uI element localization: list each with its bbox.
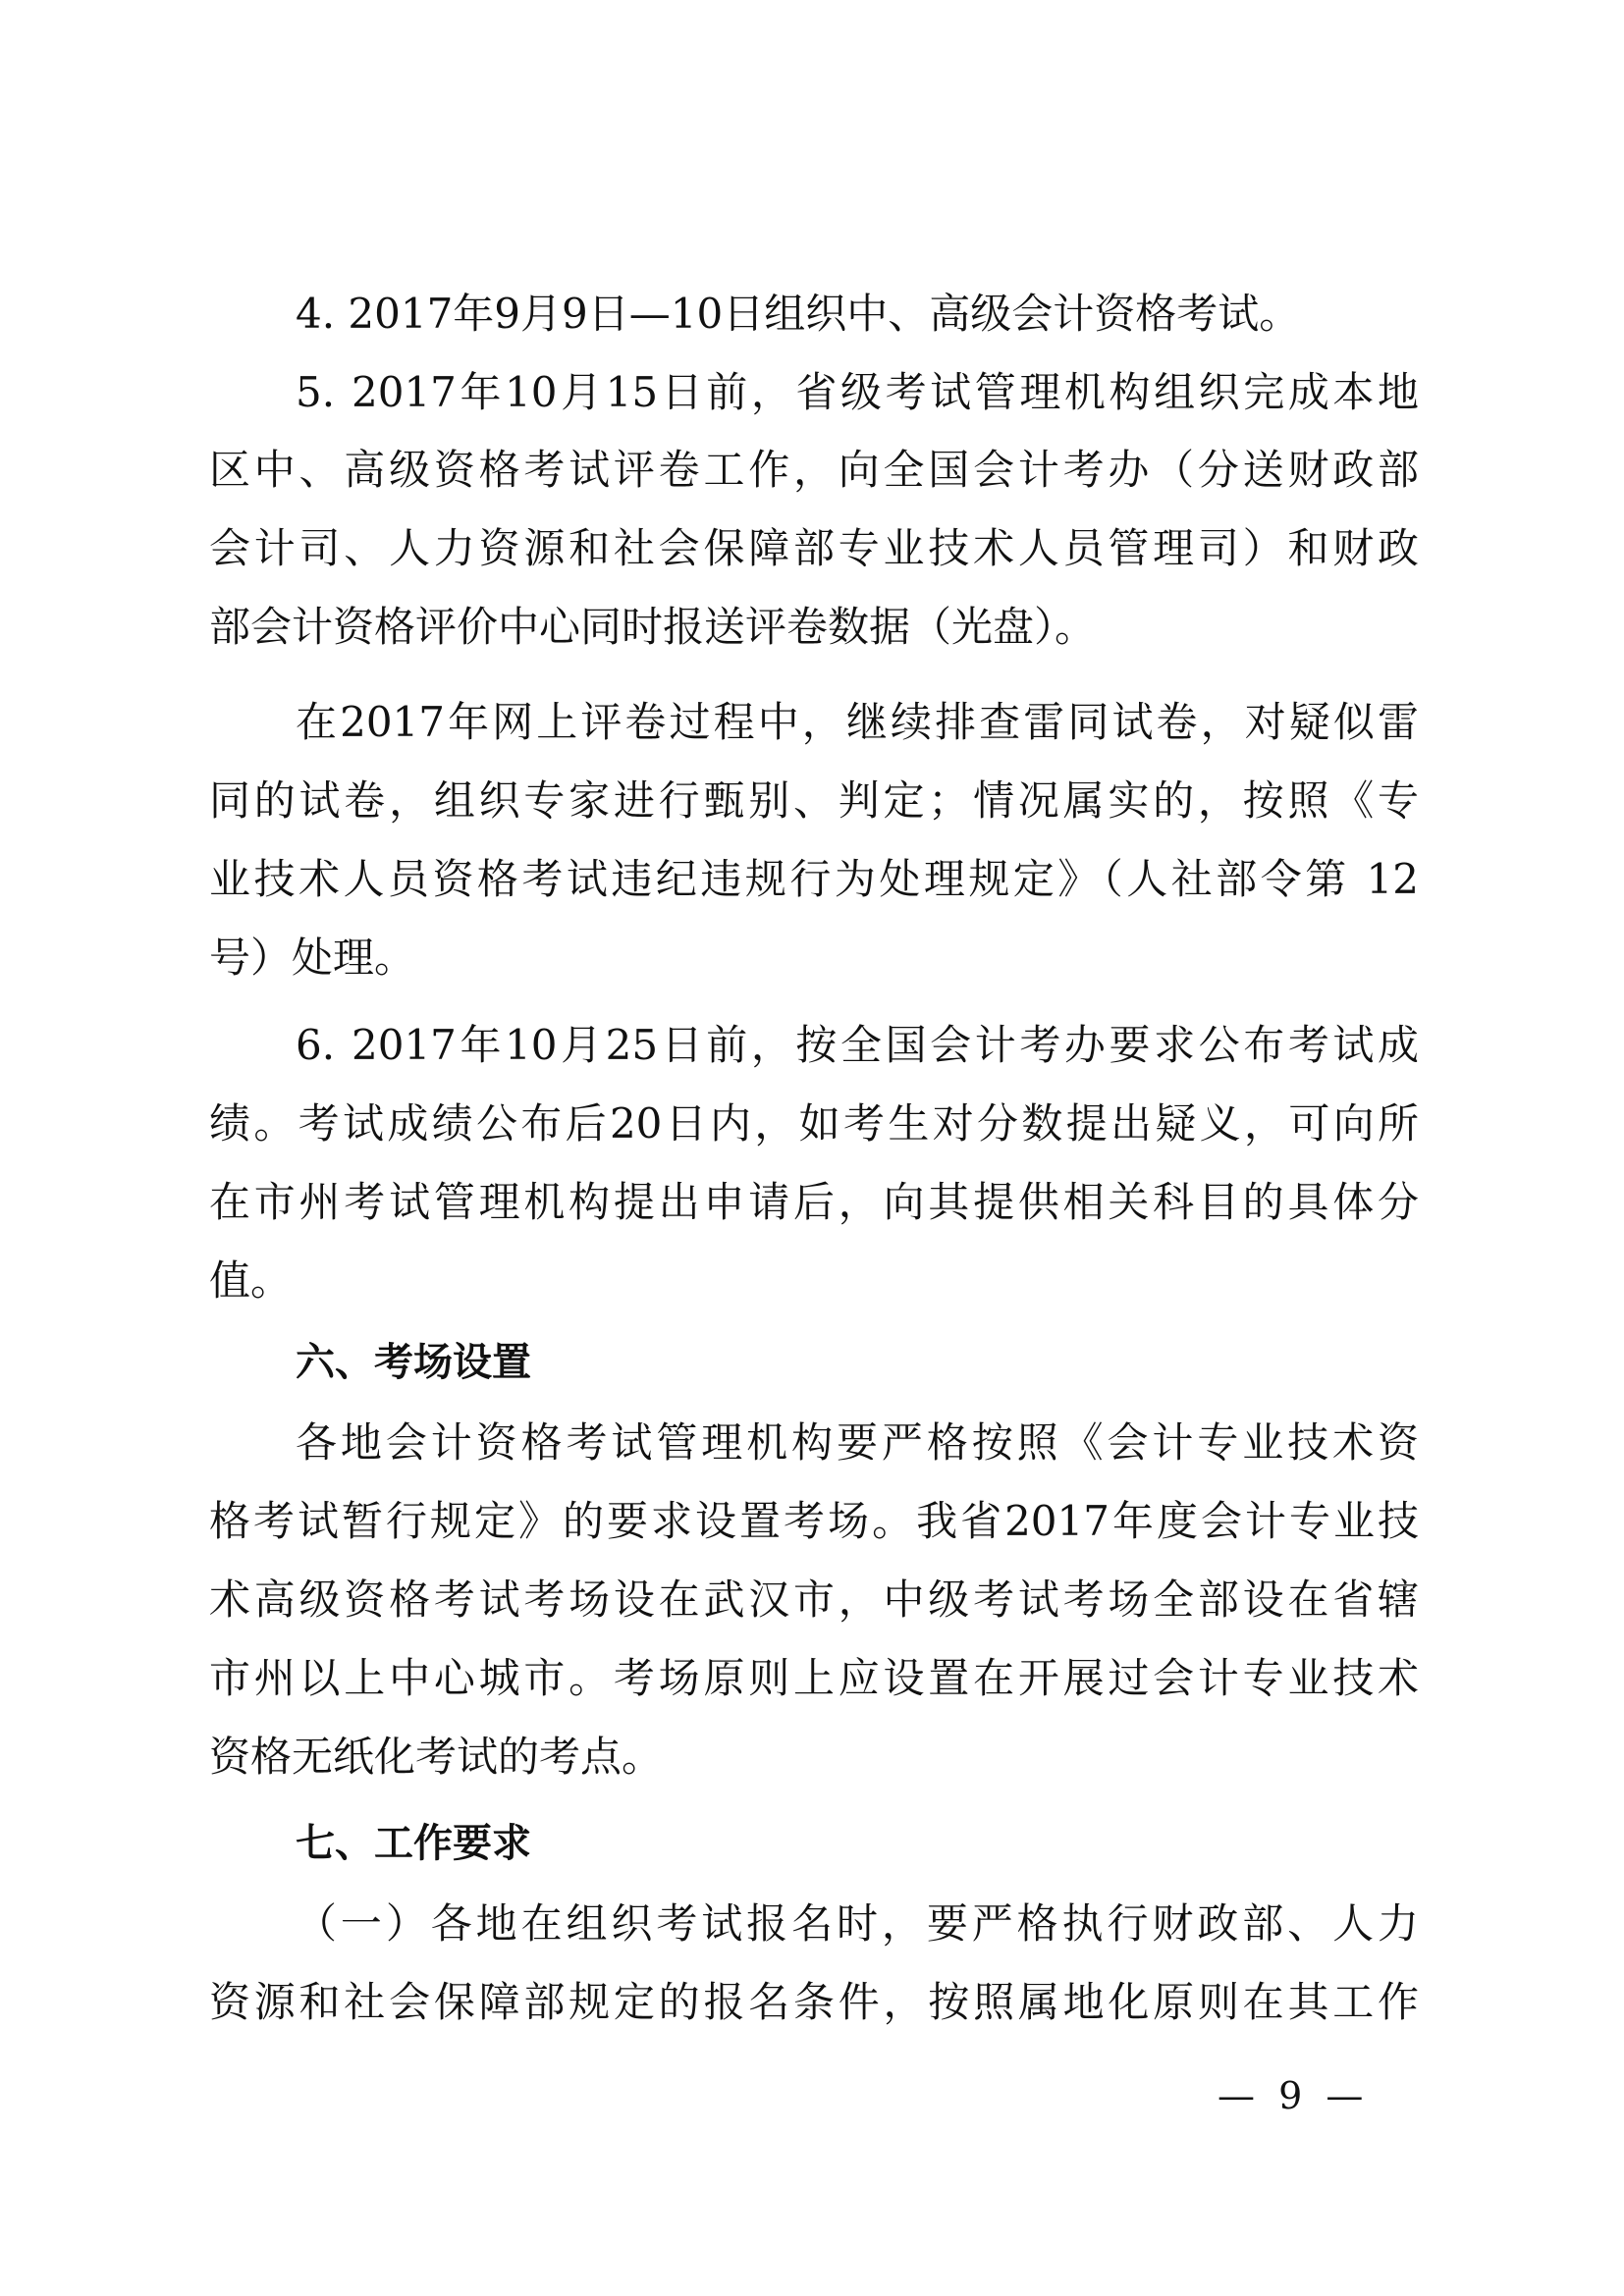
item-5-line-3: 会计司、人力资源和社会保障部专业技术人员管理司）和财政 xyxy=(209,519,1419,578)
grading-line-1: 在2017年网上评卷过程中，继续排查雷同试卷，对疑似雷 xyxy=(296,693,1419,752)
item-4-line-1: 4. 2017年9月9日—10日组织中、高级会计资格考试。 xyxy=(296,285,1419,344)
section-7-line-1: （一）各地在组织考试报名时，要严格执行财政部、人力 xyxy=(296,1895,1419,1953)
item-5-line-1: 5. 2017年10月15日前，省级考试管理机构组织完成本地 xyxy=(296,363,1419,422)
item-5-line-4: 部会计资格评价中心同时报送评卷数据（光盘）。 xyxy=(209,598,1419,657)
section-6-line-3: 术高级资格考试考场设在武汉市，中级考试考场全部设在省辖 xyxy=(209,1571,1419,1629)
section-7-heading: 七、工作要求 xyxy=(296,1814,531,1873)
item-5-line-2: 区中、高级资格考试评卷工作，向全国会计考办（分送财政部 xyxy=(209,441,1419,500)
section-6-line-1: 各地会计资格考试管理机构要严格按照《会计专业技术资 xyxy=(296,1414,1419,1472)
item-6-line-4: 值。 xyxy=(209,1252,1419,1310)
section-6-line-4: 市州以上中心城市。考场原则上应设置在开展过会计专业技术 xyxy=(209,1649,1419,1708)
grading-line-3: 业技术人员资格考试违纪违规行为处理规定》（人社部令第 12 xyxy=(209,850,1419,909)
section-6-line-5: 资格无纸化考试的考点。 xyxy=(209,1728,1419,1787)
grading-line-4: 号）处理。 xyxy=(209,929,1419,988)
section-6-heading: 六、考场设置 xyxy=(296,1333,531,1392)
page-number: — 9 — xyxy=(1218,2071,1369,2120)
document-page: 4. 2017年9月9日—10日组织中、高级会计资格考试。 5. 2017年10… xyxy=(0,0,1624,2296)
item-6-line-3: 在市州考试管理机构提出申请后，向其提供相关科目的具体分 xyxy=(209,1173,1419,1232)
section-6-line-2: 格考试暂行规定》的要求设置考场。我省2017年度会计专业技 xyxy=(209,1492,1419,1551)
section-7-line-2: 资源和社会保障部规定的报名条件，按照属地化原则在其工作 xyxy=(209,1973,1419,2032)
item-6-line-1: 6. 2017年10月25日前，按全国会计考办要求公布考试成 xyxy=(296,1016,1419,1075)
grading-line-2: 同的试卷，组织专家进行甄别、判定；情况属实的，按照《专 xyxy=(209,772,1419,830)
item-6-line-2: 绩。考试成绩公布后20日内，如考生对分数提出疑义，可向所 xyxy=(209,1095,1419,1153)
